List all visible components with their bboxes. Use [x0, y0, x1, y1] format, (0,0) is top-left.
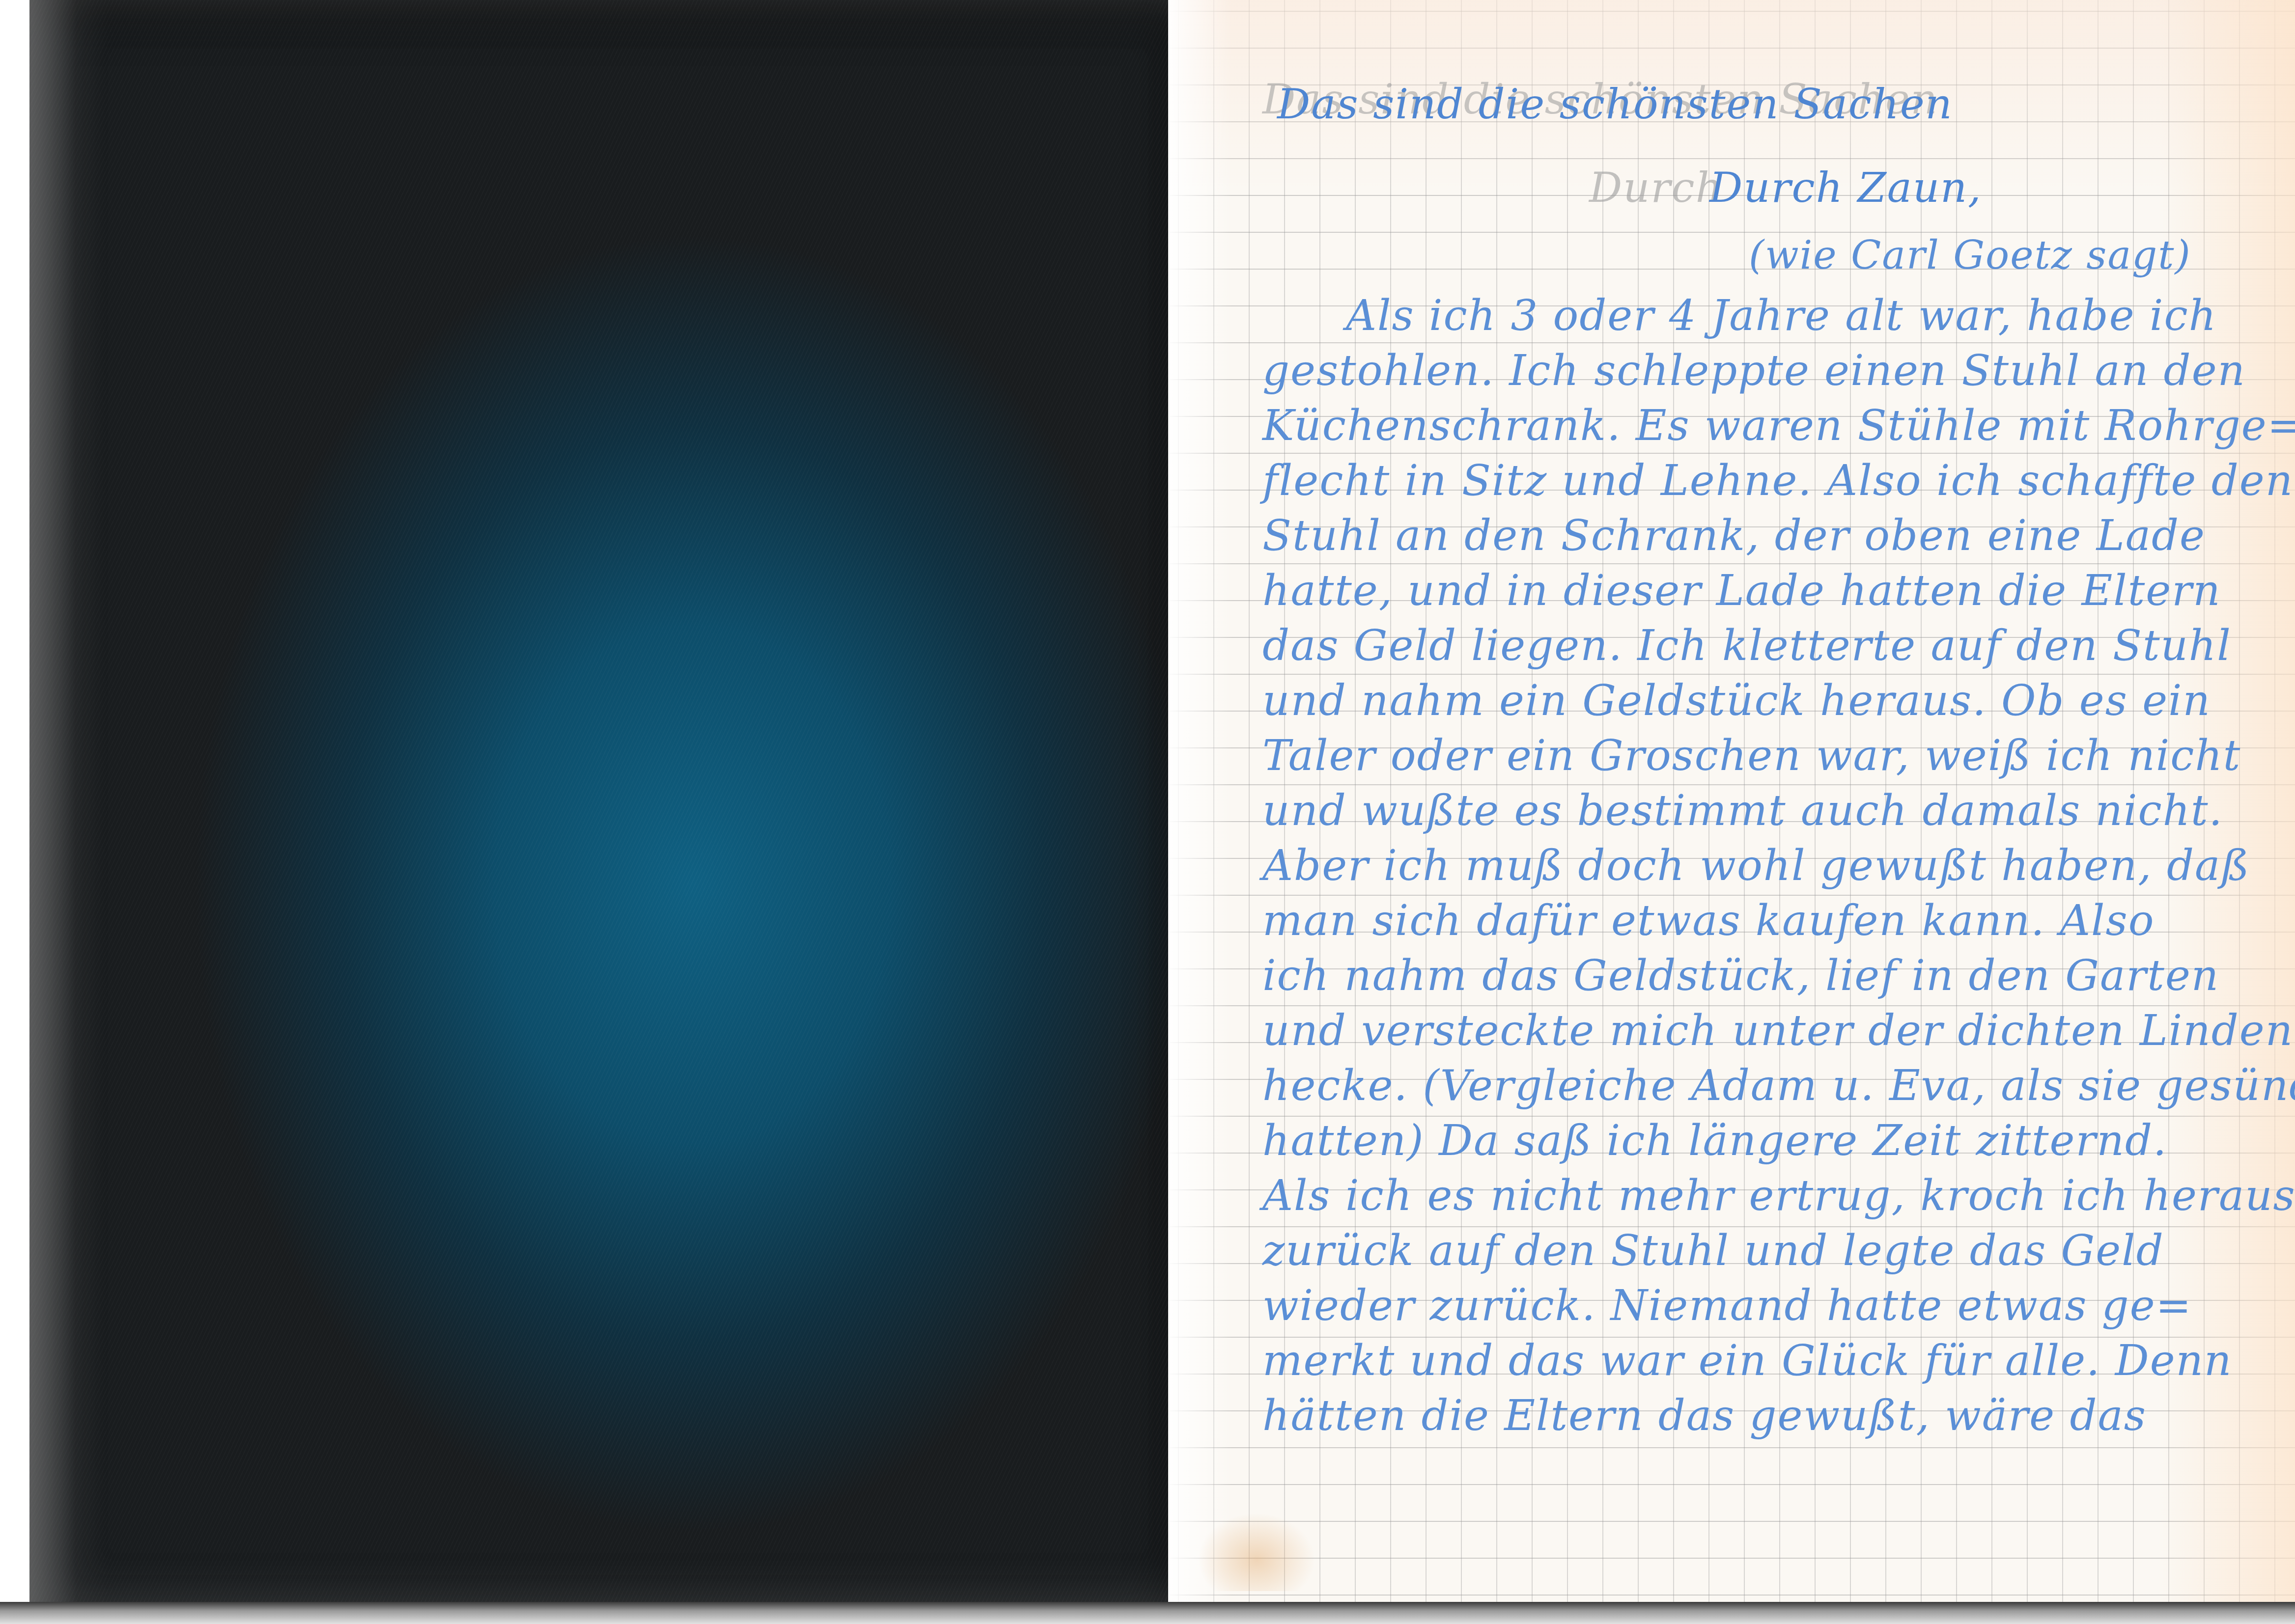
- text-line: hätten die Eltern das gewußt, wäre das: [1262, 1395, 2147, 1437]
- subtitle-pencil-draft: Durch: [1589, 167, 1723, 208]
- text-line: hatte, und in dieser Lade hatten die Elt…: [1262, 570, 2221, 612]
- cover-texture: [29, 0, 1168, 1602]
- text-line: und nahm ein Geldstück heraus. Ob es ein: [1262, 680, 2211, 722]
- notebook-cover: [29, 0, 1168, 1602]
- scan-bottom-shadow: [0, 1602, 2295, 1624]
- text-line: man sich dafür etwas kaufen kann. Also: [1262, 900, 2155, 942]
- text-line: zurück auf den Stuhl und legte das Geld: [1262, 1230, 2164, 1272]
- text-line: hatten) Da saß ich längere Zeit zitternd…: [1262, 1120, 2167, 1162]
- text-line: gestohlen. Ich schleppte einen Stuhl an …: [1262, 350, 2246, 392]
- text-line: Stuhl an den Schrank, der oben eine Lade: [1262, 515, 2206, 557]
- text-line: Als ich es nicht mehr ertrug, kroch ich …: [1262, 1175, 2295, 1217]
- text-line: Taler oder ein Groschen war, weiß ich ni…: [1262, 735, 2241, 777]
- text-line: Als ich 3 oder 4 Jahre alt war, habe ich: [1346, 295, 2217, 337]
- water-stain: [1198, 1513, 1315, 1591]
- page-gutter: [1168, 0, 1232, 1602]
- text-line: flecht in Sitz und Lehne. Also ich schaf…: [1262, 460, 2294, 502]
- text-line: hecke. (Vergleiche Adam u. Eva, als sie …: [1262, 1065, 2295, 1107]
- text-line: Küchenschrank. Es waren Stühle mit Rohrg…: [1262, 405, 2295, 447]
- text-line: ich nahm das Geldstück, lief in den Gart…: [1262, 955, 2219, 997]
- text-line: und wußte es bestimmt auch damals nicht.: [1262, 790, 2223, 832]
- attribution: (wie Carl Goetz sagt): [1749, 236, 2191, 275]
- page-subtitle: Durch Zaun,: [1709, 167, 1982, 208]
- text-line: und versteckte mich unter der dichten Li…: [1262, 1010, 2295, 1052]
- text-line: das Geld liegen. Ich kletterte auf den S…: [1262, 625, 2232, 667]
- cover-worn-edge: [29, 0, 108, 1602]
- text-line: wieder zurück. Niemand hatte etwas ge=: [1262, 1285, 2192, 1327]
- text-line: Aber ich muß doch wohl gewußt haben, daß: [1262, 845, 2250, 887]
- text-line: merkt und das war ein Glück für alle. De…: [1262, 1340, 2232, 1382]
- page-title: Das sind die schönsten Sachen: [1277, 83, 1953, 125]
